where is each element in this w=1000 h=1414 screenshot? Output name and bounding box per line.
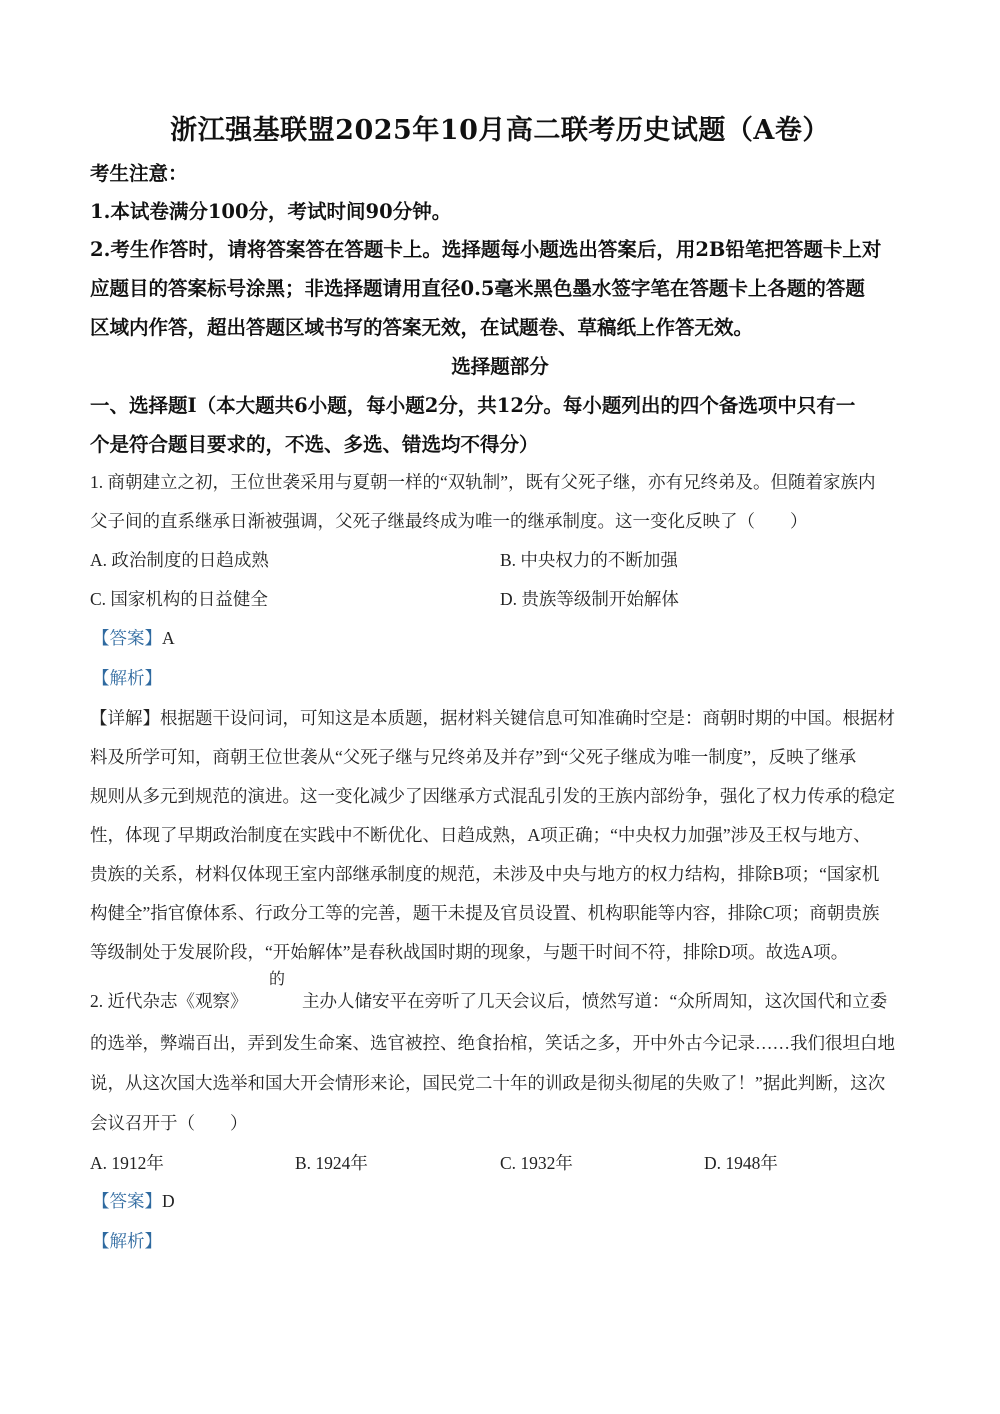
section-title: 选择题部分 [0,351,1000,379]
exam-page: 浙江强基联盟2025年10月高二联考历史试题（A卷） 考生注意： 1.本试卷满分… [0,0,1000,1414]
question-2-stem-line-1: 主办人储安平在旁听了几天会议后，愤然写道：“众所周知，这次国代和立委 [302,988,887,1013]
question-1-option-c: C. 国家机构的日益健全 [90,586,268,611]
question-1-option-d: D. 贵族等级制开始解体 [500,586,679,611]
notice-item-2: 2.考生作答时，请将答案答在答题卡上。选择题每小题选出答案后，用2B铅笔把答题卡… [90,234,881,262]
question-1-answer: 【答案】A [92,625,175,650]
section-intro-line-2: 个是符合题目要求的，不选、多选、错选均不得分） [90,429,539,457]
question-1-detail-line-6: 构健全”指官僚体系、行政分工等的完善，题干未提及官员设置、机构职能等内容，排除C… [90,900,879,925]
notice-item-2-cont-2: 区域内作答，超出答题区域书写的答案无效，在试题卷、草稿纸上作答无效。 [90,312,753,340]
question-1-detail-line-4: 性，体现了早期政治制度在实践中不断优化、日趋成熟，A项正确；“中央权力加强”涉及… [90,822,871,847]
question-2-stem-prefix: 2. 近代杂志《观察》 [90,988,248,1013]
notice-heading: 考生注意： [90,158,188,186]
question-2-option-b: B. 1924年 [295,1150,368,1175]
question-2-answer: 【答案】D [92,1188,175,1213]
question-1-detail-line-1: 【详解】根据题干设问词，可知这是本质题，据材料关键信息可知准确时空是：商朝时期的… [90,705,895,730]
answer-value: A [162,628,175,648]
section-intro-line-1: 一、选择题Ⅰ（本大题共6小题，每小题2分，共12分。每小题列出的四个备选项中只有… [90,390,855,418]
question-1-detail-line-5: 贵族的关系，材料仅体现王室内部继承制度的规范，未涉及中央与地方的权力结构，排除B… [90,861,879,886]
answer-label: 【答案】 [92,1191,162,1211]
notice-item-1: 1.本试卷满分100分，考试时间90分钟。 [90,196,451,224]
question-1-detail-line-2: 料及所学可知，商朝王位世袭从“父死子继与兄终弟及并存”到“父死子继成为唯一制度”… [90,744,856,769]
question-1-stem-line-1: 1. 商朝建立之初，王位世袭采用与夏朝一样的“双轨制”，既有父死子继，亦有兄终弟… [90,469,876,494]
question-2-stem-line-3: 说，从这次国大选举和国大开会情形来论，国民党二十年的训政是彻头彻尾的失败了！”据… [90,1070,885,1095]
notice-item-2-cont-1: 应题目的答案标号涂黑；非选择题请用直径0.5毫米黑色墨水签字笔在答题卡上各题的答… [90,273,865,301]
question-2-stem-raised-char: 的 [269,966,285,989]
answer-label: 【答案】 [92,628,162,648]
question-2-option-a: A. 1912年 [90,1150,164,1175]
answer-value: D [162,1191,175,1211]
question-1-stem-line-2: 父子间的直系继承日渐被强调，父死子继最终成为唯一的继承制度。这一变化反映了（ ） [90,508,808,533]
question-1-analysis-label: 【解析】 [92,665,162,690]
question-2-option-c: C. 1932年 [500,1150,573,1175]
question-1-option-b: B. 中央权力的不断加强 [500,547,678,572]
question-1-detail-line-3: 规则从多元到规范的演进。这一变化减少了因继承方式混乱引发的王族内部纷争，强化了权… [90,783,895,808]
question-2-analysis-label: 【解析】 [92,1228,162,1253]
question-2-option-d: D. 1948年 [704,1150,778,1175]
question-2-stem-line-2: 的选举，弊端百出，弄到发生命案、选官被控、绝食抬棺，笑话之多，开中外古今记录……… [90,1030,895,1055]
question-1-detail-line-7: 等级制处于发展阶段，“开始解体”是春秋战国时期的现象，与题干时间不符，排除D项。… [90,939,848,964]
page-title: 浙江强基联盟2025年10月高二联考历史试题（A卷） [0,108,1000,147]
question-1-option-a: A. 政治制度的日趋成熟 [90,547,269,572]
question-2-stem-line-4: 会议召开于（ ） [90,1110,248,1135]
